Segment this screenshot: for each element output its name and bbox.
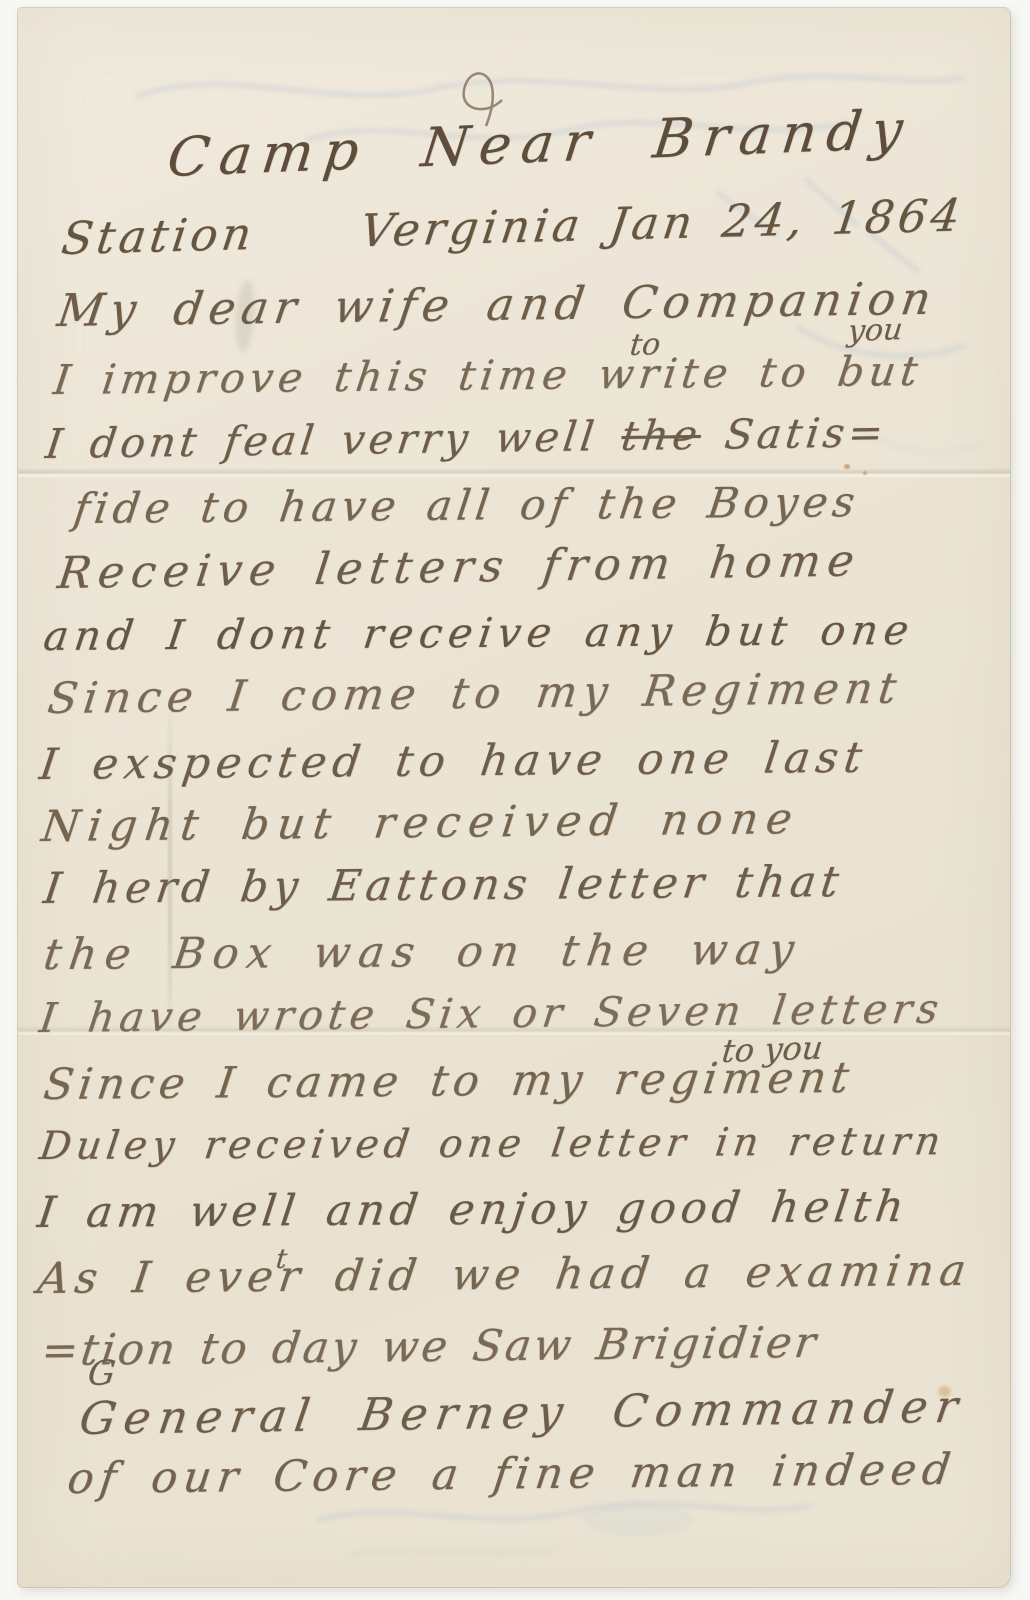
bleed-through-blob — [583, 1504, 693, 1536]
letter-line: and I dont receive any but one — [41, 606, 918, 660]
interline-insertion-you: you — [846, 312, 904, 349]
letter-line: Duley received one letter in return — [37, 1119, 948, 1169]
letter-line: I improve this time write to but — [51, 347, 925, 404]
letter-line: the Box was on the way — [41, 925, 805, 980]
interline-insertion-to: to — [628, 327, 662, 363]
letter-page: Camp Near Brandy Station Verginia Jan 24… — [18, 8, 1010, 1587]
letter-line: of our Core a fine man indeed — [65, 1445, 959, 1504]
letter-line-text: Satis= — [698, 408, 890, 459]
strikethrough-word: the — [619, 411, 704, 460]
letter-line: Since I come to my Regiment — [45, 664, 905, 724]
letter-line: I am well and enjoy good helth — [35, 1182, 912, 1238]
letter-line: I exspected to have one last — [37, 733, 871, 790]
letter-line: As I ever did we had a examina — [35, 1246, 975, 1304]
letter-line: fide to have all of the Boyes — [71, 477, 863, 533]
foxing-dot — [844, 464, 850, 469]
foxing-dot — [863, 471, 867, 475]
interline-insertion-to-you: to you — [720, 1029, 825, 1070]
letter-line: I herd by Eattons letter that — [41, 857, 847, 914]
letter-line-text: I dont feal verry well — [43, 412, 625, 468]
interline-insertion-g: G — [86, 1353, 118, 1394]
letter-line: Night but received none — [39, 794, 803, 852]
letter-line: =tion to day we Saw Brigidier — [39, 1318, 822, 1376]
